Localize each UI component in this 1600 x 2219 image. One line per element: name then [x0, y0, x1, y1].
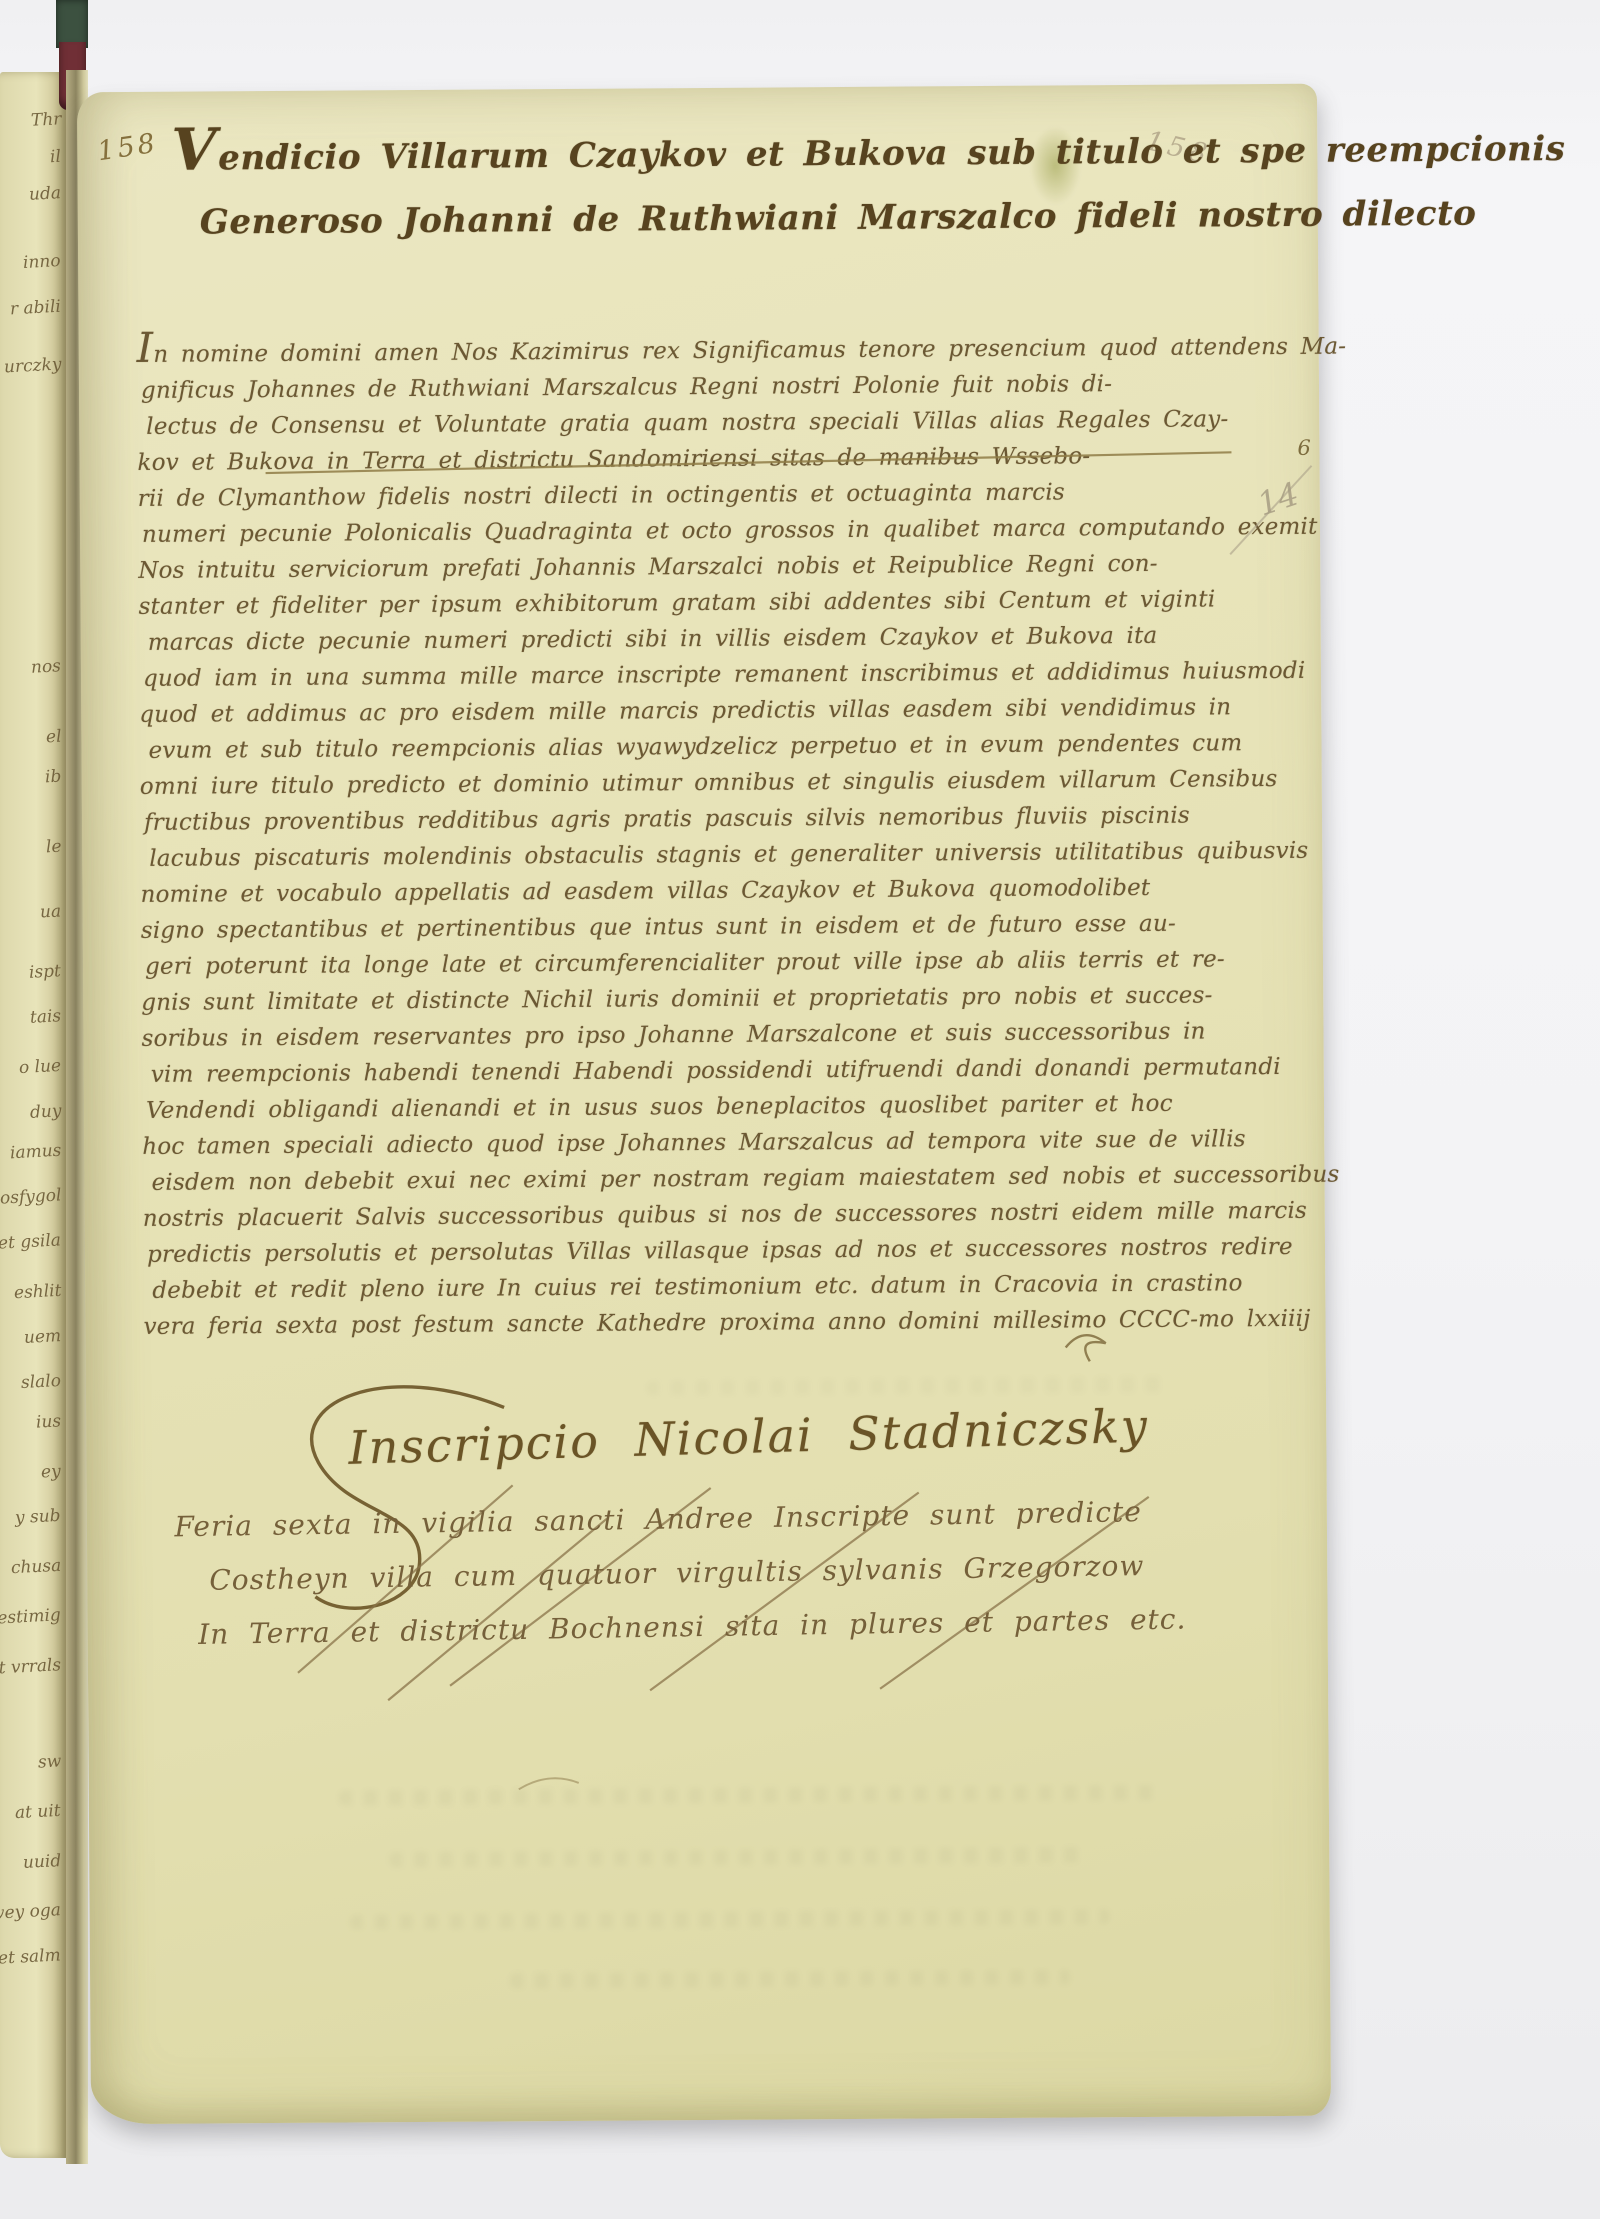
marginal-text-fragment: et gsila	[0, 1230, 61, 1253]
marginal-text-fragment: Thr	[30, 109, 61, 131]
marginal-text-fragment: wey oga	[0, 1900, 61, 1924]
marginal-text-fragment: el	[45, 727, 62, 748]
marginal-text-fragment: chusa	[10, 1556, 61, 1579]
marginal-text-fragment: ib	[44, 767, 61, 788]
marginal-text-fragment: duy	[29, 1101, 61, 1123]
stray-pen-mark	[519, 1778, 579, 1789]
marginal-text-fragment: ua	[39, 901, 61, 922]
marginal-text-fragment: ey	[41, 1461, 62, 1482]
marginal-text-fragment: uuid	[22, 1851, 61, 1873]
postscript-note: Feria sexta in vigilia sancti Andree Ins…	[174, 1484, 1236, 1663]
pen-flourish	[1066, 1335, 1106, 1361]
marginal-text-fragment: inno	[23, 251, 62, 273]
marginal-text-fragment: at uit	[15, 1801, 62, 1823]
marginal-text-fragment: le	[45, 837, 62, 858]
bleed-through	[510, 1969, 1070, 1988]
marginal-text-fragment: uem	[23, 1326, 61, 1348]
marginal-text-fragment: sw	[37, 1751, 61, 1772]
body-line: In nomine domini amen Nos Kazimirus rex …	[137, 322, 1287, 373]
scanned-manuscript-photo: Thriludainnor abiliurczkynoselibleuaispt…	[0, 0, 1600, 2219]
marginal-text-fragment: slalo	[21, 1371, 62, 1393]
marginal-text-fragment: eshlit	[13, 1281, 61, 1303]
charter-body: In nomine domini amen Nos Kazimirus rex …	[137, 322, 1294, 1345]
body-line: vera feria sexta post festum sancte Kath…	[143, 1301, 1293, 1345]
inscription-text: Inscripcio Nicolai Stadniczsky	[348, 1399, 1150, 1475]
marginal-text-fragment: festimig	[0, 1605, 61, 1629]
marginal-text-fragment: uda	[29, 183, 62, 205]
heading-line: Generoso Johanni de Ruthwiani Marszalco …	[172, 183, 1318, 255]
marginal-text-fragment: ispt	[29, 961, 62, 983]
manuscript-page: 158 158 Vendicio Villarum Czaykov et Buk…	[77, 84, 1331, 2125]
marginal-text-fragment: urczky	[3, 355, 61, 378]
marginal-text-fragment: iamus	[9, 1141, 61, 1164]
marginal-text-fragment: r abili	[10, 297, 62, 320]
marginal-text-fragment: ius	[35, 1411, 61, 1432]
bleed-through	[339, 1785, 1159, 1806]
heading-line: Vendicio Villarum Czaykov et Bukova sub …	[171, 110, 1317, 191]
margin-mark: 6	[1297, 436, 1311, 460]
bleed-through	[389, 1847, 1089, 1867]
marginal-text-fragment: nos	[31, 656, 62, 678]
marginal-text-fragment: il	[50, 147, 62, 168]
marginal-text-fragment: et salm	[0, 1945, 61, 1968]
bleed-through	[350, 1909, 1110, 1929]
marginal-text-fragment: st vrrals	[0, 1655, 61, 1679]
folio-number-ink: 158	[95, 128, 159, 168]
marginal-text-fragment: osfygol	[0, 1185, 61, 1208]
marginal-text-fragment: y sub	[15, 1506, 62, 1528]
marginal-text-fragment: tais	[29, 1006, 61, 1028]
bookmark-ribbon	[56, 0, 88, 48]
previous-page-edge: Thriludainnor abiliurczkynoselibleuaispt…	[0, 72, 66, 2158]
marginal-text-fragment: o lue	[18, 1056, 61, 1078]
charter-heading: Vendicio Villarum Czaykov et Bukova sub …	[171, 110, 1318, 255]
